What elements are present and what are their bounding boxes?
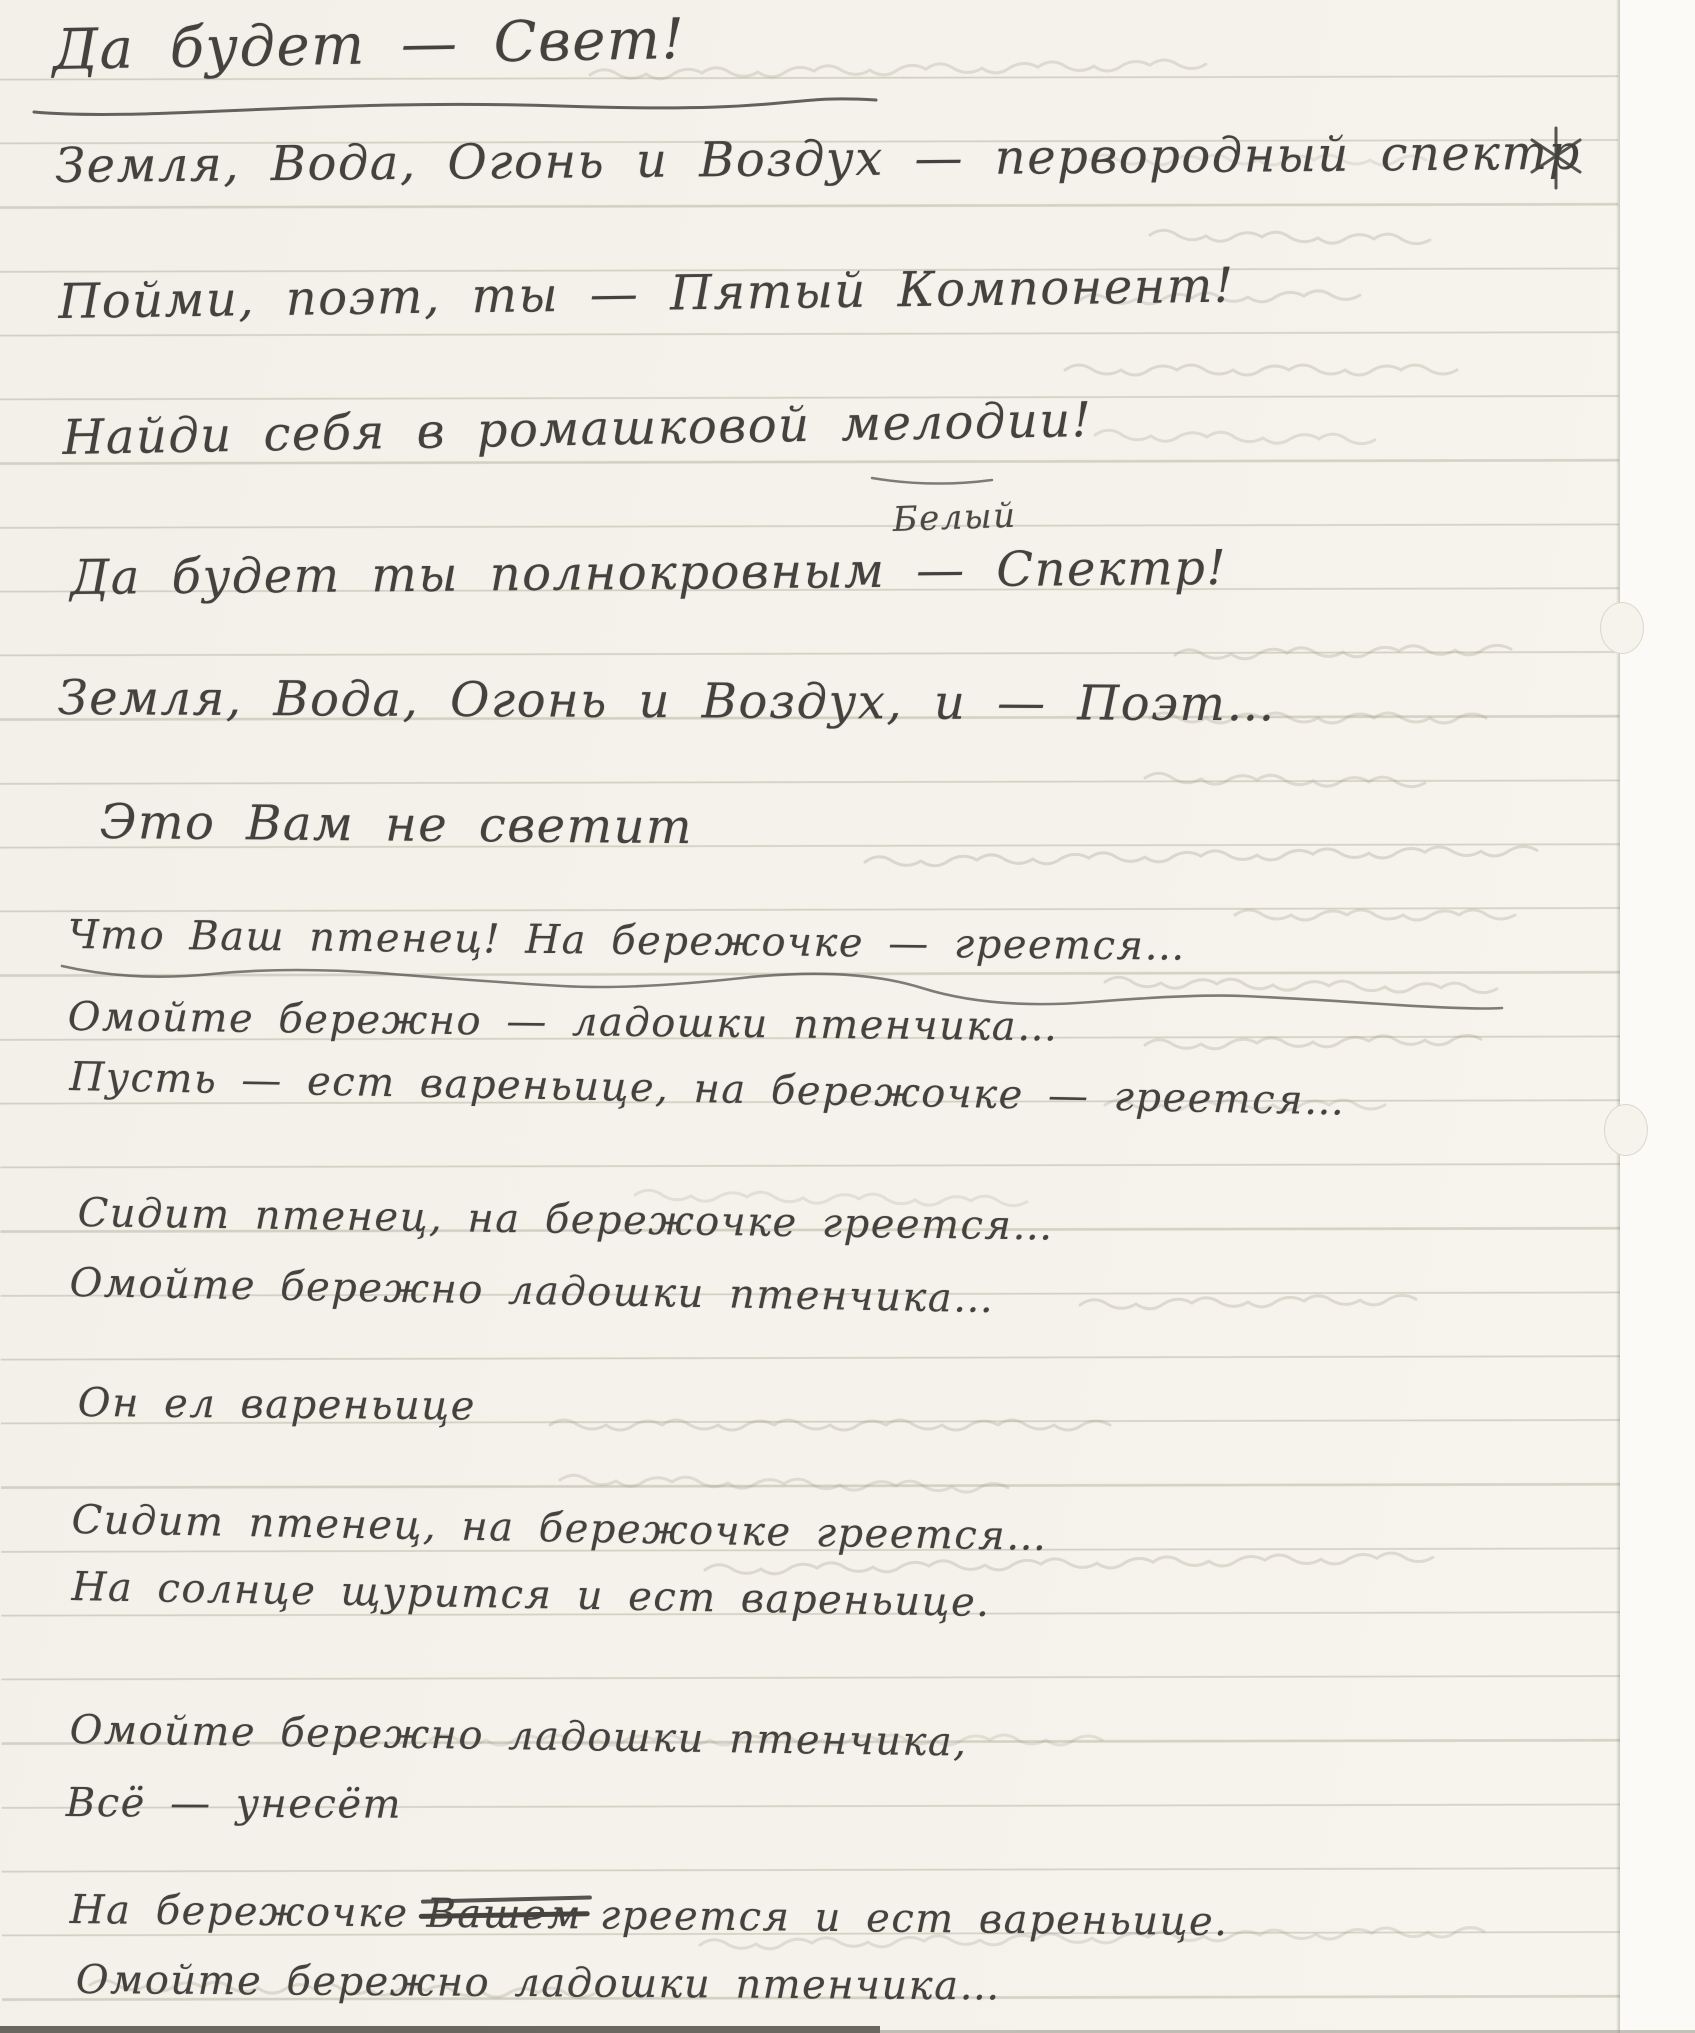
handwritten-line-6: Земля, Вода, Огонь и Воздух, и — Поэт…: [58, 670, 1276, 732]
handwritten-line-17: Всё — унесёт: [66, 1780, 402, 1828]
edge-notch-top: [1600, 602, 1644, 654]
handwritten-line-7: Это Вам не светит: [100, 794, 694, 855]
line-18-struck-word: Вашем: [422, 1891, 586, 1939]
handwritten-line-19: Омойте бережно ладошки птенчика…: [76, 1957, 1001, 2009]
line-18-pre: На бережочке: [70, 1887, 409, 1937]
line-18-post: греется и ест вареньице.: [600, 1893, 1229, 1946]
edge-notch-bottom: [1604, 1104, 1648, 1156]
scanned-page: Да будет — Свет! Земля, Вода, Огонь и Во…: [0, 0, 1695, 2033]
handwritten-line-13: Он ел вареньице: [78, 1380, 476, 1429]
handwritten-line-1: Да будет — Свет!: [52, 7, 686, 83]
handwritten-line-5: Да будет ты полнокровным — Спектр!: [70, 540, 1227, 606]
inserted-word-above-line-5: Белый: [892, 496, 1017, 540]
scanner-margin: [1620, 0, 1695, 2033]
scan-bottom-edge: [0, 2026, 880, 2033]
